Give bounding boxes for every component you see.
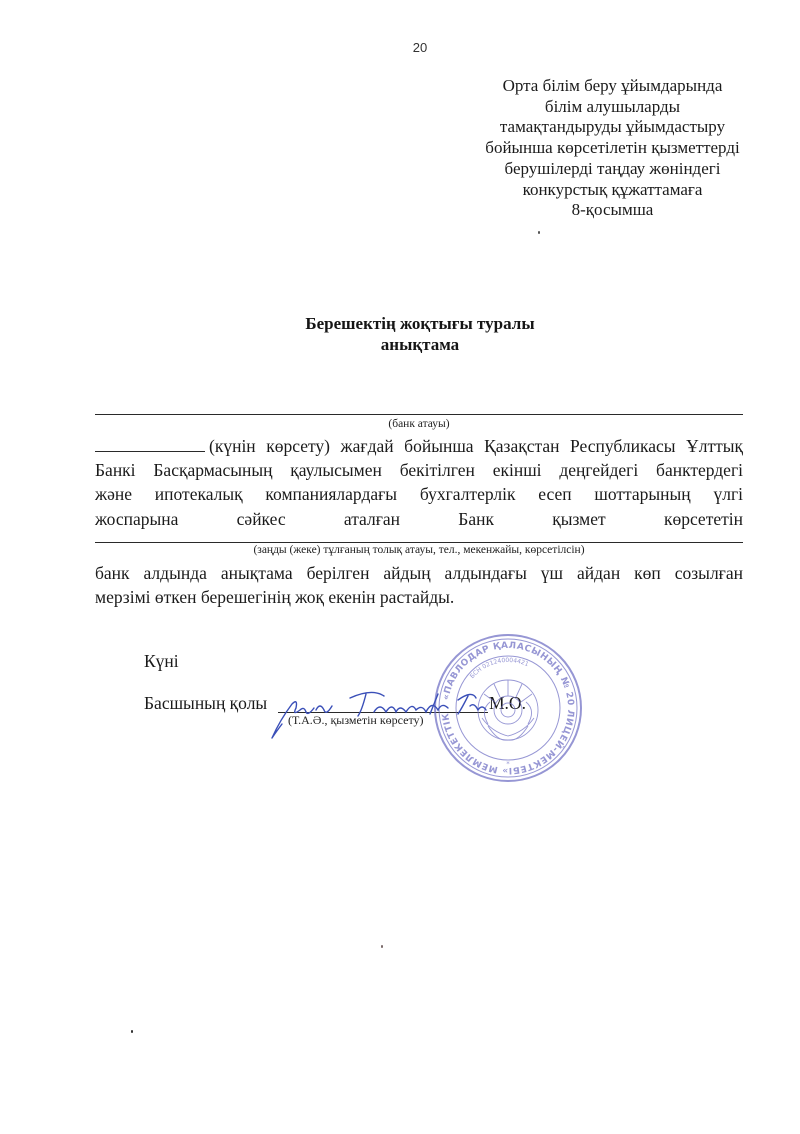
appendix-header-line: конкурстық құжаттамаға (445, 180, 780, 201)
date-field-line[interactable] (95, 435, 205, 452)
head-signature-label: Басшының қолы (144, 693, 267, 714)
scan-speck (381, 945, 383, 948)
appendix-header: Орта білім беру ұйымдарында білім алушыл… (445, 76, 780, 221)
bank-name-field-line[interactable] (95, 414, 743, 415)
body-line-2: Банкі Басқармасының қаулысымен бекітілге… (95, 459, 743, 481)
svg-text:БСН 021240004421: БСН 021240004421 (469, 657, 530, 680)
appendix-header-line: білім алушыларды (445, 97, 780, 118)
body-line-4: жоспарына сәйкес аталған Банк қызмет көр… (95, 508, 743, 530)
client-name-field-line[interactable] (95, 542, 743, 543)
body-line-1: (күнін көрсету) жағдай бойынша Қазақстан… (95, 435, 743, 457)
closing-line-1: банк алдында анықтама берілген айдың алд… (95, 562, 743, 584)
scan-speck (538, 231, 540, 234)
client-name-caption: (заңды (жеке) тұлғаның толық атауы, тел.… (95, 544, 743, 556)
date-label: Күні (144, 651, 179, 672)
title-line-2: анықтама (220, 335, 620, 356)
closing-line-2: мерзімі өткен берешегінің жоқ екенін рас… (95, 586, 743, 608)
document-title: Берешектің жоқтығы туралы анықтама (220, 314, 620, 355)
appendix-header-line: бойынша көрсетілетін қызметтерді (445, 138, 780, 159)
page-number: 20 (0, 40, 800, 55)
bank-name-caption: (банк атауы) (95, 418, 743, 430)
date-caption: (күнін көрсету) (209, 436, 330, 456)
appendix-header-line: Орта білім беру ұйымдарында (445, 76, 780, 97)
handwritten-signature-icon (262, 680, 492, 740)
svg-text:*: * (506, 760, 510, 768)
body-line-3: және ипотекалық компаниялардағы бухгалте… (95, 483, 743, 505)
appendix-header-line: берушілерді таңдау жөніндегі (445, 159, 780, 180)
appendix-number: 8-қосымша (445, 200, 780, 221)
title-line-1: Берешектің жоқтығы туралы (220, 314, 620, 335)
appendix-header-line: тамақтандыруды ұйымдастыру (445, 117, 780, 138)
scan-speck (131, 1030, 133, 1033)
body-text: жағдай бойынша Қазақстан Республикасы Ұл… (341, 436, 743, 456)
